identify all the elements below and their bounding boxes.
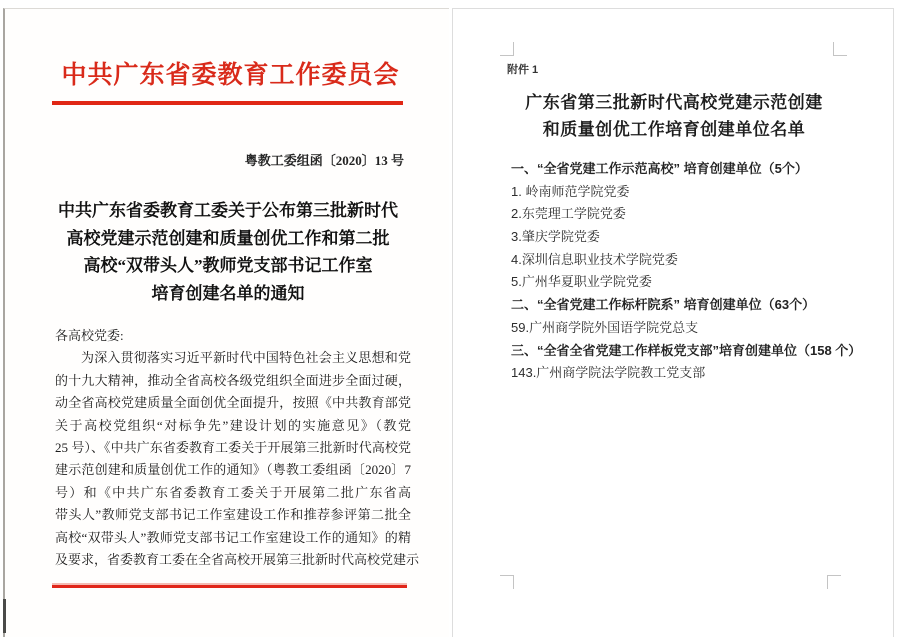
notice-body: 各高校党委: 为深入贯彻落实习近平新时代中国特色社会主义思想和党 的十九大精神，… [55,325,411,571]
attachment-page: 附件 1 广东省第三批新时代高校党建示范创建 和质量创优工作培育创建单位名单 一… [452,8,894,637]
attachment-title-line: 和质量创优工作培育创建单位名单 [493,116,855,143]
body-line: 25 号）、《中共广东省委教育工委关于开展第三批新时代高校党 [55,437,411,459]
red-double-rule [52,101,403,105]
attachment-title: 广东省第三批新时代高校党建示范创建 和质量创优工作培育创建单位名单 [493,89,855,143]
margin-corner-mark [827,575,841,589]
list-item: 2.东莞理工学院党委 [511,203,871,226]
body-line: 动全省高校党建质量全面创优全面提升，按照《中共教育部党组 [55,392,411,414]
body-line: 高校“双带头人”教师党支部书记工作室建设工作的通知》的精神 [55,527,411,549]
list-section-header: 一、“全省党建工作示范高校” 培育创建单位（5个） [511,158,871,181]
body-line: 为深入贯彻落实习近平新时代中国特色社会主义思想和党 [55,347,411,369]
body-line: 号）和《中共广东省委教育工委关于开展第二批广东省高校“双 [55,482,411,504]
attachment-label: 附件 1 [507,61,538,77]
body-line: 带头人”教师党支部书记工作室建设工作和推荐参评第二批全国 [55,504,411,526]
list-item: 3.肇庆学院党委 [511,226,871,249]
notice-title-line: 培育创建名单的通知 [45,280,411,308]
red-footer-rule [52,585,407,588]
official-notice-page: 中共广东省委教育工作委员会 粤教工委组函〔2020〕13 号 中共广东省委教育工… [3,8,449,637]
attachment-title-line: 广东省第三批新时代高校党建示范创建 [493,89,855,116]
body-line: 建示范创建和质量创优工作的通知》（粤教工委组函〔2020〕7 [55,459,411,481]
list-item: 1. 岭南师范学院党委 [511,181,871,204]
salutation: 各高校党委: [55,325,411,347]
list-item: 5.广州华夏职业学院党委 [511,271,871,294]
notice-title-line: 中共广东省委教育工委关于公布第三批新时代 [45,197,411,225]
notice-title: 中共广东省委教育工委关于公布第三批新时代 高校党建示范创建和质量创优工作和第二批… [45,197,411,307]
notice-title-line: 高校党建示范创建和质量创优工作和第二批 [45,225,411,253]
body-line: 及要求，省委教育工委在全省高校开展第三批新时代高校党建示 [55,549,411,571]
unit-list: 一、“全省党建工作示范高校” 培育创建单位（5个） 1. 岭南师范学院党委 2.… [511,158,871,385]
body-line: 的十九大精神，推动全省高校各级党组织全面进步全面过硬，推 [55,370,411,392]
scan-artifact [3,599,6,633]
notice-title-line: 高校“双带头人”教师党支部书记工作室 [45,252,411,280]
list-section-header: 二、“全省党建工作标杆院系” 培育创建单位（63个） [511,294,871,317]
margin-corner-mark [500,575,514,589]
list-item: 4.深圳信息职业技术学院党委 [511,249,871,272]
document-number: 粤教工委组函〔2020〕13 号 [52,150,404,169]
red-header-title: 中共广东省委教育工作委员会 [52,61,409,91]
list-item: 143.广州商学院法学院教工党支部 [511,362,871,385]
list-section-header: 三、“全省全省党建工作样板党支部”培育创建单位（158 个） [511,340,871,363]
body-line: 关于高校党组织“对标争先”建设计划的实施意见》（教党〔2018〕 [55,415,411,437]
margin-corner-mark [833,42,847,56]
margin-corner-mark [500,42,514,56]
list-item: 59.广州商学院外国语学院党总支 [511,317,871,340]
